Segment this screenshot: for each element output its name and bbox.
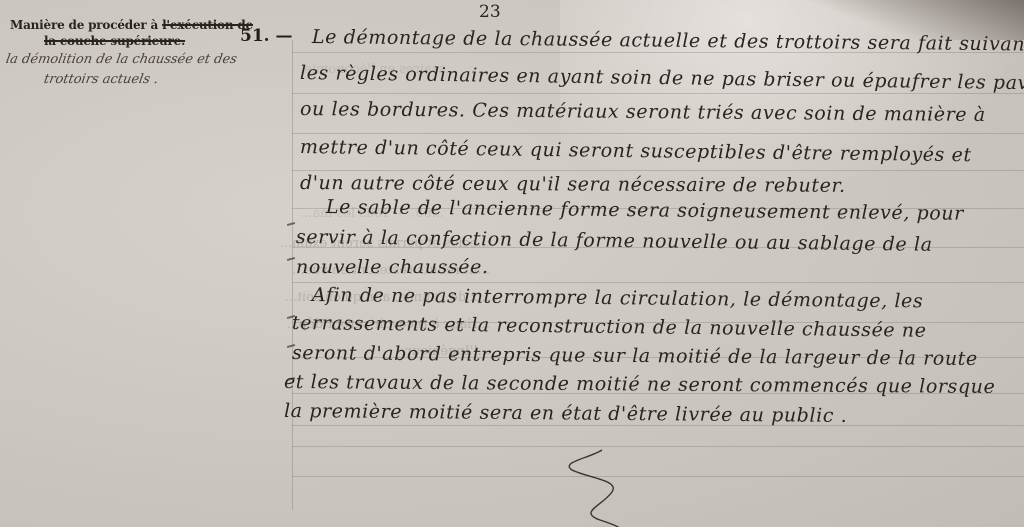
body-line: d'un autre côté ceux qu'il sera nécessai… xyxy=(300,172,846,197)
manuscript-page: ...ecies et permis seront exam... ...nt … xyxy=(0,0,1024,527)
printed-heading-line1: Manière de procéder à l'exécution de xyxy=(10,18,253,32)
ruled-line xyxy=(292,446,1024,447)
page-number: 23 xyxy=(479,2,501,22)
bleed-through-text-left: ...ecies et permis seront exam... ...nt … xyxy=(0,230,290,365)
end-flourish-squiggle xyxy=(560,440,650,527)
handwritten-heading-correction: la démolition de la chaussée et des xyxy=(5,52,238,67)
printed-heading-kept: Manière de procéder à xyxy=(10,18,158,32)
handwritten-heading-correction: trottoirs actuels . xyxy=(43,72,160,87)
printed-heading-struck: la couche supérieure. xyxy=(44,34,185,48)
body-line: la première moitié sera en état d'être l… xyxy=(284,400,848,427)
ruled-line xyxy=(292,476,1024,477)
body-line: nouvelle chaussée. xyxy=(296,256,489,278)
article-number: 51. — xyxy=(240,26,293,46)
body-line: seront d'abord entrepris que sur la moit… xyxy=(292,342,978,370)
margin-tick xyxy=(287,222,295,226)
